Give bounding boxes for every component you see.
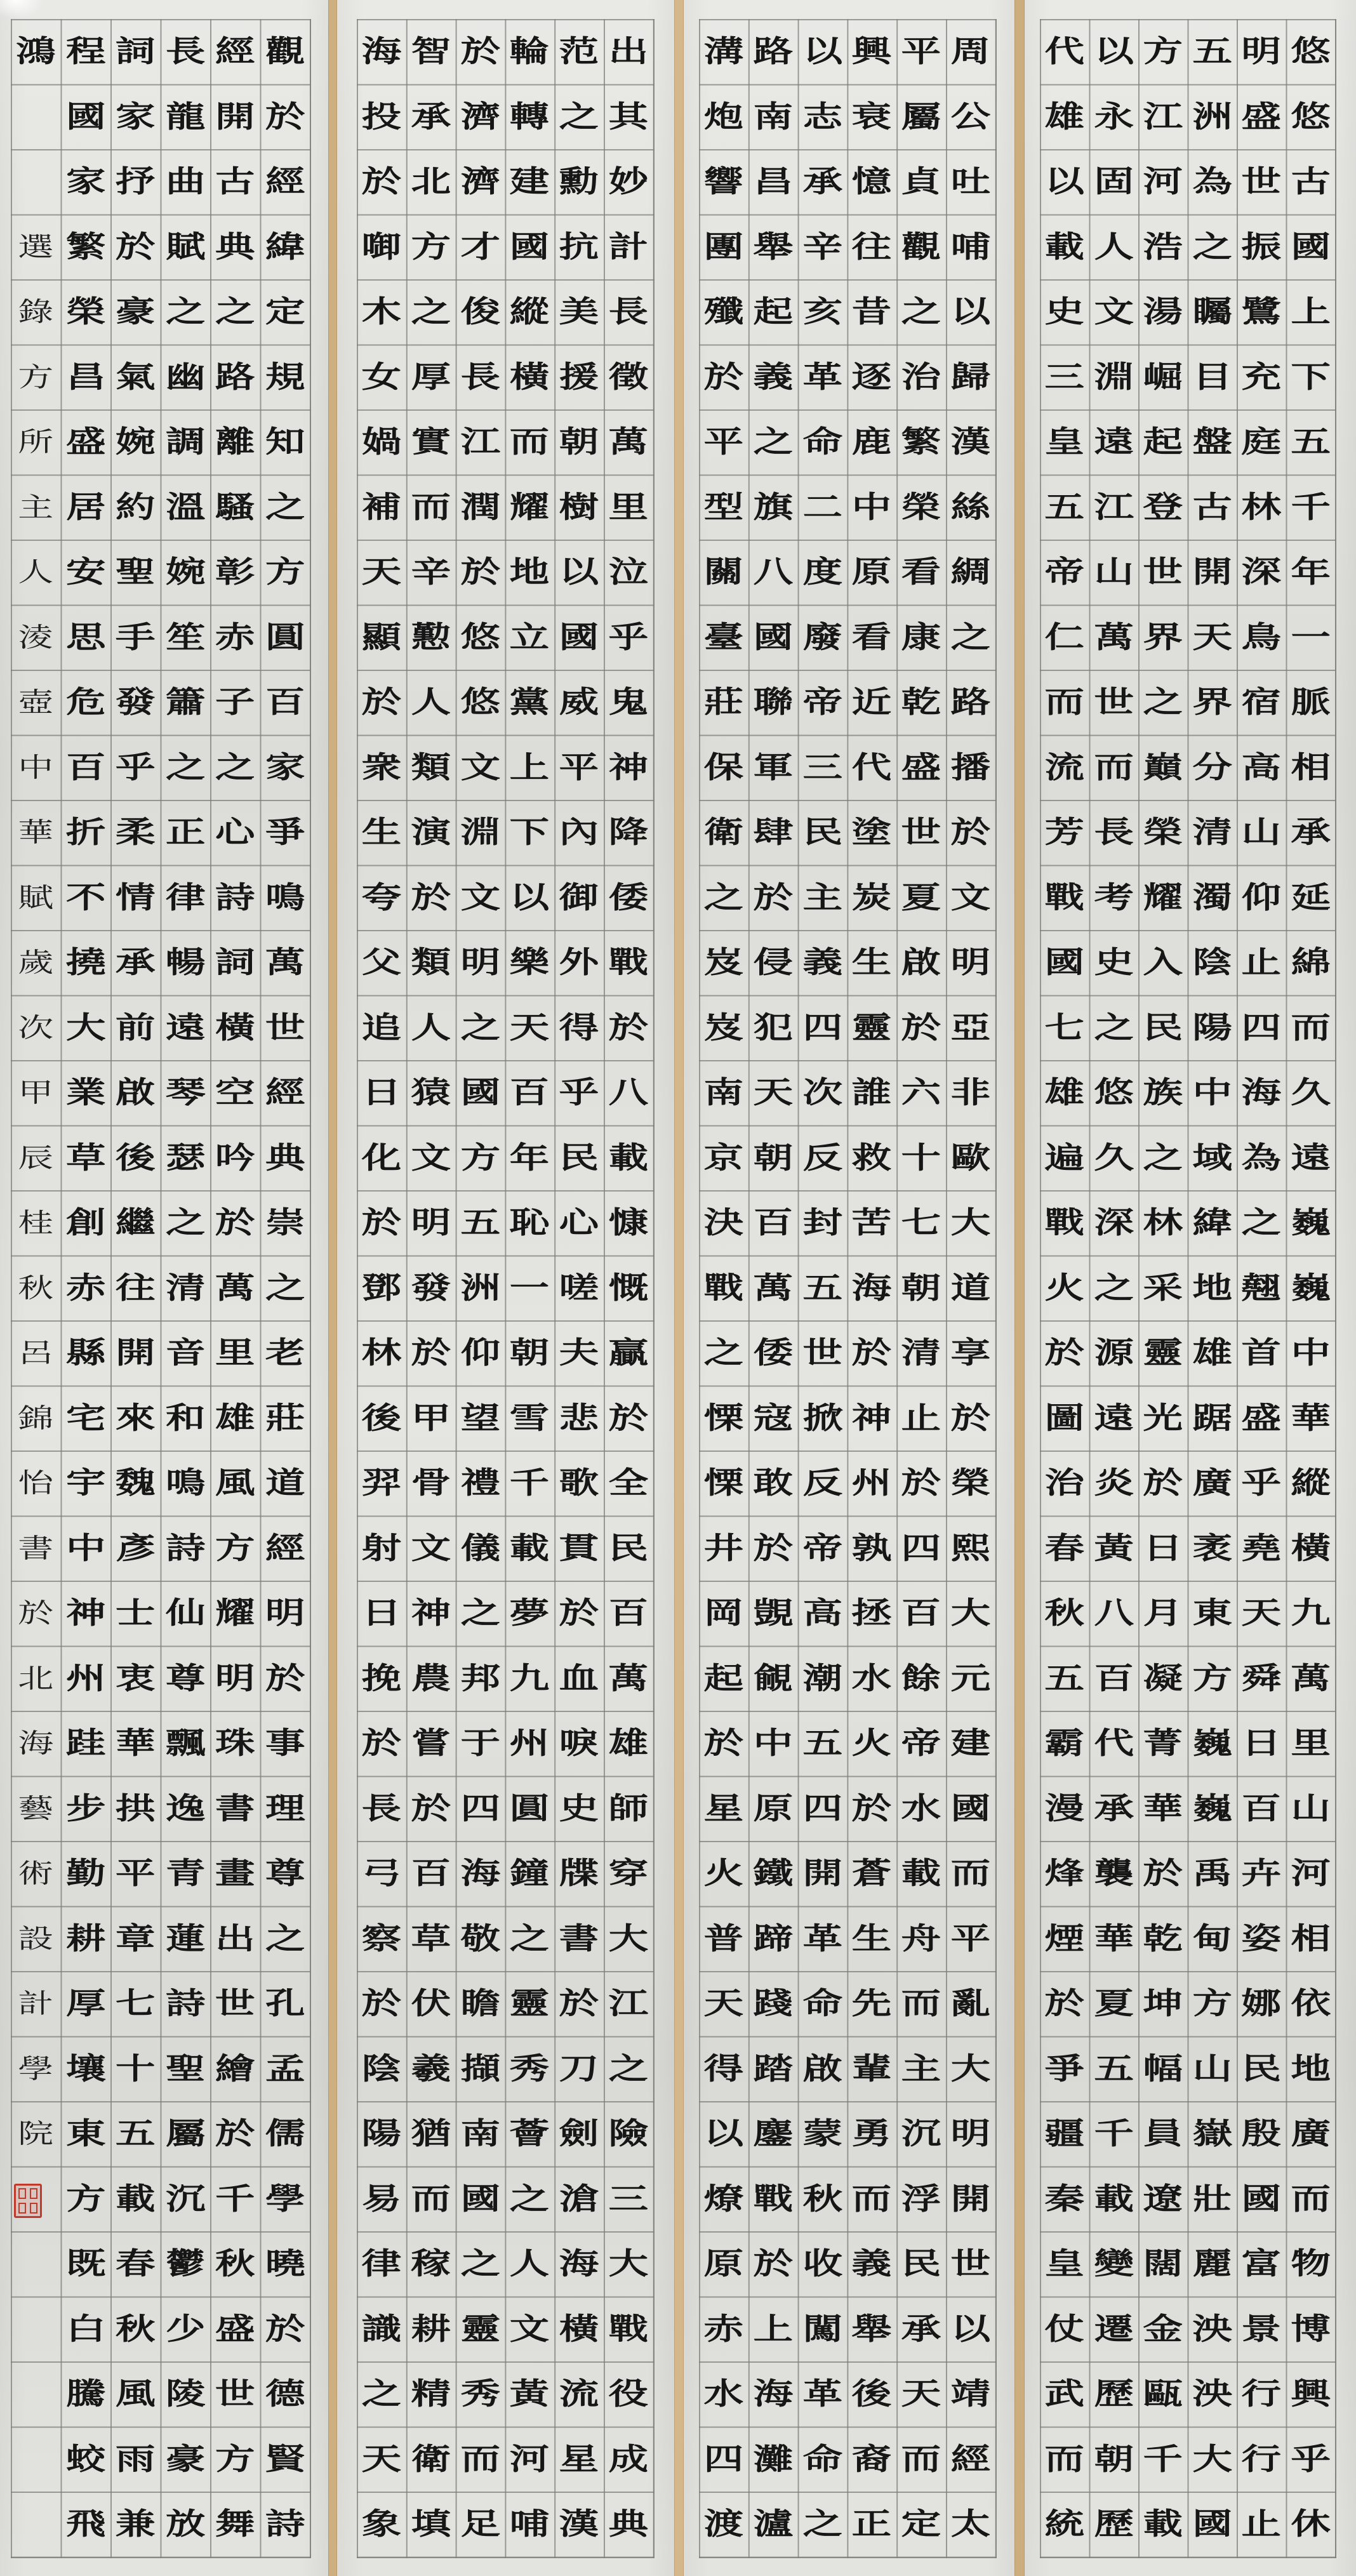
glyph: 史	[552, 1781, 607, 1836]
glyph: 御	[552, 870, 607, 925]
glyph: 美	[552, 284, 607, 339]
glyph: 抗	[552, 220, 607, 274]
glyph: 出	[601, 24, 656, 79]
glyph: 倭	[745, 1325, 801, 1380]
glyph: 旗	[745, 480, 801, 534]
glyph: 啟	[107, 1065, 163, 1120]
glyph: 百	[601, 1586, 656, 1640]
glyph: 高	[1233, 740, 1289, 795]
glyph: 百	[745, 1195, 801, 1250]
glyph: 帝	[795, 675, 850, 729]
glyph: 炎	[1086, 1456, 1141, 1510]
glyph: 保	[696, 740, 751, 795]
glyph: 景	[1233, 2302, 1289, 2356]
glyph: 代	[1086, 1716, 1141, 1770]
glyph: 古	[1283, 154, 1338, 209]
glyph: 國	[943, 1781, 998, 1836]
glyph: 為	[1185, 154, 1240, 209]
glyph: 義	[795, 935, 850, 990]
glyph: 洲	[453, 1261, 508, 1315]
text-column: 以志承辛亥革命二度廢帝三民主義四次反封五世掀反帝高潮五四開革命啟蒙秋收闖革命之	[798, 19, 847, 2557]
glyph: 充	[1233, 350, 1289, 404]
glyph: 起	[1135, 415, 1190, 469]
glyph: 盛	[58, 415, 114, 469]
glyph: 建	[943, 1716, 998, 1770]
glyph: 深	[1086, 1195, 1141, 1250]
glyph: 九	[502, 1651, 557, 1706]
glyph: 公	[943, 90, 998, 144]
glyph: 久	[1086, 1131, 1141, 1185]
glyph: 青	[157, 1846, 213, 1901]
glyph: 淩	[8, 610, 63, 665]
glyph: 之	[1185, 220, 1240, 274]
glyph: 秋	[107, 2302, 163, 2356]
glyph: 軍	[745, 740, 801, 795]
glyph: 為	[1233, 1131, 1289, 1185]
glyph: 命	[795, 415, 850, 469]
glyph: 精	[403, 2367, 458, 2421]
glyph: 浮	[894, 2172, 949, 2226]
glyph: 賦	[8, 870, 63, 925]
glyph: 泱	[1185, 2367, 1240, 2421]
glyph: 聯	[745, 675, 801, 729]
glyph: 縣	[58, 1325, 114, 1380]
glyph: 入	[1135, 935, 1190, 990]
glyph: 望	[453, 1391, 508, 1445]
glyph: 以	[552, 545, 607, 599]
glyph: 心	[552, 1195, 607, 1250]
glyph: 河	[1135, 154, 1190, 209]
glyph: 北	[8, 1651, 63, 1706]
glyph: 詩	[257, 2497, 313, 2551]
glyph: 盛	[207, 2302, 263, 2356]
glyph: 飄	[157, 1716, 213, 1770]
glyph: 歷	[1086, 2367, 1141, 2421]
glyph: 鴻	[8, 24, 63, 79]
glyph: 唳	[552, 1716, 607, 1770]
glyph: 人	[403, 675, 458, 729]
glyph: 於	[552, 1586, 607, 1640]
text-column: 明盛世振鷺充庭林深鳥宿高山仰止四海為之翹首盛乎堯天舜日百卉姿娜民殷國富景行行止	[1237, 19, 1286, 2557]
glyph: 淵	[453, 805, 508, 860]
glyph: 水	[696, 2367, 751, 2421]
glyph: 之	[502, 1911, 557, 1966]
glyph: 之	[157, 740, 213, 795]
glyph: 勇	[844, 2106, 900, 2161]
glyph: 路	[943, 675, 998, 729]
glyph: 原	[844, 545, 900, 599]
glyph: 姿	[1233, 1911, 1289, 1966]
glyph: 於	[552, 1976, 607, 2031]
glyph: 橫	[1283, 1521, 1338, 1576]
text-column: 程國家繁榮昌盛居安思危百折不撓大業草創赤縣宅宇中神州跬步勤耕厚壤東方既白騰蛟飛	[61, 19, 111, 2557]
glyph: 靈	[502, 1976, 557, 2031]
glyph: 屬	[157, 2106, 213, 2161]
glyph: 夸	[354, 870, 409, 925]
glyph: 四	[894, 1521, 949, 1576]
glyph: 國	[1283, 220, 1338, 274]
glyph: 前	[107, 1000, 163, 1055]
glyph: 燎	[696, 2172, 751, 2226]
glyph: 海	[8, 1716, 63, 1770]
glyph: 命	[795, 2432, 850, 2486]
glyph: 蹄	[745, 1911, 801, 1966]
glyph: 慷	[601, 1195, 656, 1250]
glyph: 朝	[894, 1261, 949, 1315]
glyph: 辛	[795, 220, 850, 274]
text-column: 海投於啣木女媧補天顯於衆生夸父追日化於鄧林後羿射日挽於長弓察於陰陽易律識之天象	[357, 19, 406, 2557]
glyph: 鳴	[257, 870, 313, 925]
glyph: 地	[1185, 1261, 1240, 1315]
glyph: 濁	[1185, 870, 1240, 925]
text-column: 輪轉建國縱橫而耀地立黨上下以樂天百年恥一朝雪千載夢九州圓鐘之靈秀薈之人文黃河哺	[505, 19, 554, 2557]
glyph: 古	[1185, 480, 1240, 534]
glyph: 家	[107, 90, 163, 144]
glyph: 富	[1233, 2236, 1289, 2291]
glyph: 役	[601, 2367, 656, 2421]
glyph: 方	[257, 545, 313, 599]
glyph: 方	[58, 2172, 114, 2226]
glyph: 承	[107, 935, 163, 990]
glyph: 上	[745, 2302, 801, 2356]
glyph: 秀	[453, 2367, 508, 2421]
glyph: 厚	[403, 350, 458, 404]
glyph: 世	[1233, 154, 1289, 209]
glyph: 開	[795, 1846, 850, 1901]
glyph: 世	[1086, 675, 1141, 729]
glyph: 律	[157, 870, 213, 925]
glyph: 補	[354, 480, 409, 534]
glyph: 清	[1185, 805, 1240, 860]
glyph: 知	[257, 415, 313, 469]
glyph: 遠	[1086, 1391, 1141, 1445]
glyph: 巍	[1283, 1261, 1338, 1315]
glyph: 次	[795, 1065, 850, 1120]
glyph: 八	[601, 1065, 656, 1120]
glyph: 耀	[502, 480, 557, 534]
glyph: 章	[107, 1911, 163, 1966]
glyph: 之	[207, 740, 263, 795]
glyph: 火	[696, 1846, 751, 1901]
glyph: 載	[1086, 2172, 1141, 2226]
glyph: 於	[354, 1716, 409, 1770]
glyph: 開	[943, 2172, 998, 2226]
glyph: 周	[943, 24, 998, 79]
glyph: 識	[354, 2302, 409, 2356]
glyph: 北	[403, 154, 458, 209]
glyph: 道	[257, 1456, 313, 1510]
glyph: 仙	[157, 1586, 213, 1640]
glyph: 文	[453, 870, 508, 925]
glyph: 日	[1135, 1521, 1190, 1576]
glyph: 踞	[1185, 1391, 1240, 1445]
glyph: 之	[403, 284, 458, 339]
text-column: 路南昌舉起義之旗八國聯軍肆於侵犯天朝百萬倭寇敢於覬覦中原鐵蹄踐踏鏖戰於上海灘瀘	[748, 19, 798, 2557]
glyph: 幽	[157, 350, 213, 404]
glyph: 甌	[1135, 2367, 1190, 2421]
scroll-panel-4: 觀於經緯定規知之方圓百家爭鳴萬世經典崇之老莊道經明於事理尊之孔孟儒學曉於德賢詩 …	[0, 0, 328, 2576]
glyph: 春	[107, 2236, 163, 2291]
glyph: 之	[795, 2497, 850, 2551]
glyph: 農	[403, 1651, 458, 1706]
glyph: 遠	[1283, 1131, 1338, 1185]
glyph: 鏖	[745, 2106, 801, 2161]
glyph: 采	[1135, 1261, 1190, 1315]
glyph: 蒙	[795, 2106, 850, 2161]
glyph: 手	[107, 610, 163, 665]
glyph: 行	[1233, 2432, 1289, 2486]
glyph: 盛	[894, 740, 949, 795]
glyph: 淵	[1086, 350, 1141, 404]
glyph: 平	[552, 740, 607, 795]
glyph: 庭	[1233, 415, 1289, 469]
glyph: 星	[552, 2432, 607, 2486]
glyph: 衛	[696, 805, 751, 860]
glyph: 危	[58, 675, 114, 729]
glyph: 上	[502, 740, 557, 795]
glyph: 四	[795, 1781, 850, 1836]
glyph: 於	[403, 870, 458, 925]
glyph: 里	[601, 480, 656, 534]
glyph: 明	[403, 1195, 458, 1250]
glyph: 劍	[552, 2106, 607, 2161]
glyph: 象	[354, 2497, 409, 2551]
glyph: 豪	[157, 2432, 213, 2486]
glyph: 百	[894, 1586, 949, 1640]
glyph: 禹	[1185, 1846, 1240, 1901]
glyph: 江	[601, 1976, 656, 2031]
glyph: 民	[894, 2236, 949, 2291]
glyph: 靈	[1135, 1325, 1190, 1380]
glyph: 平	[943, 1911, 998, 1966]
glyph: 慄	[696, 1391, 751, 1445]
glyph: 菁	[1135, 1716, 1190, 1770]
glyph: 響	[696, 154, 751, 209]
glyph: 九	[1283, 1586, 1338, 1640]
character-grid: 周公吐哺以歸漢絲綢之路播於文明亞非歐大道享於榮熙大元建國而平亂大明開世以靖經太 …	[699, 19, 997, 2558]
glyph: 闊	[1135, 2236, 1190, 2291]
glyph: 百	[58, 740, 114, 795]
glyph: 長	[1086, 805, 1141, 860]
glyph: 中	[1283, 1325, 1338, 1380]
glyph: 山	[1283, 1781, 1338, 1836]
glyph: 爭	[1037, 2042, 1092, 2096]
glyph: 亞	[943, 1000, 998, 1055]
glyph: 書	[8, 1521, 63, 1576]
glyph: 蛟	[58, 2432, 114, 2486]
glyph: 婉	[107, 415, 163, 469]
glyph: 悠	[453, 675, 508, 729]
glyph: 離	[207, 415, 263, 469]
glyph: 於	[453, 24, 508, 79]
glyph: 尊	[157, 1651, 213, 1706]
glyph: 於	[354, 154, 409, 209]
glyph: 堯	[1233, 1521, 1289, 1576]
glyph: 遠	[157, 1000, 213, 1055]
glyph: 怡	[8, 1456, 63, 1510]
glyph: 盤	[1185, 415, 1240, 469]
glyph: 之	[1135, 1131, 1190, 1185]
glyph: 萬	[745, 1261, 801, 1315]
glyph: 世	[207, 2367, 263, 2421]
text-column: 於濟濟才俊長江潤於悠悠文淵文明之國方五洲仰望禮儀之邦于四海敬瞻擷南國之靈秀而足	[456, 19, 505, 2557]
glyph: 陰	[354, 2042, 409, 2096]
glyph: 邦	[453, 1651, 508, 1706]
glyph: 人	[502, 2236, 557, 2291]
glyph: 遷	[1086, 2302, 1141, 2356]
glyph: 中	[745, 1716, 801, 1770]
glyph: 星	[696, 1781, 751, 1836]
glyph: 首	[1233, 1325, 1289, 1380]
glyph: 五	[795, 1261, 850, 1315]
glyph: 甲	[8, 1065, 63, 1120]
glyph: 生	[354, 805, 409, 860]
glyph: 父	[354, 935, 409, 990]
glyph: 載	[107, 2172, 163, 2226]
glyph: 戰	[745, 2172, 801, 2226]
glyph: 救	[844, 1131, 900, 1185]
glyph: 靖	[943, 2367, 998, 2421]
glyph: 鷺	[1233, 284, 1289, 339]
glyph: 代	[844, 740, 900, 795]
glyph: 全	[601, 1456, 656, 1510]
glyph: 脈	[1283, 675, 1338, 729]
glyph: 方	[403, 220, 458, 274]
glyph: 承	[795, 154, 850, 209]
glyph: 雨	[107, 2432, 163, 2486]
glyph: 臺	[696, 610, 751, 665]
glyph: 擷	[453, 2042, 508, 2096]
glyph: 八	[1086, 1586, 1141, 1640]
glyph: 十	[894, 1131, 949, 1185]
glyph: 之	[207, 284, 263, 339]
glyph: 孰	[844, 1521, 900, 1576]
glyph: 廣	[1283, 2106, 1338, 2161]
glyph: 後	[844, 2367, 900, 2421]
text-column: 以永固人文淵遠江山萬世而長考史之悠久深之源遠炎黃八百代承襲華夏五千載變遷歷朝歷	[1089, 19, 1139, 2557]
glyph: 贏	[601, 1325, 656, 1380]
glyph: 慄	[696, 1456, 751, 1510]
glyph: 江	[1086, 480, 1141, 534]
glyph: 播	[943, 740, 998, 795]
glyph: 承	[1283, 805, 1338, 860]
glyph: 誰	[844, 1065, 900, 1120]
glyph: 雪	[502, 1391, 557, 1445]
glyph: 神	[844, 1391, 900, 1445]
glyph: 氣	[107, 350, 163, 404]
glyph: 仗	[1037, 2302, 1092, 2356]
glyph: 犯	[745, 1000, 801, 1055]
text-column: 五洲為之矚目盤古開天界分清濁陰陽中域緯地雄踞廣袤東方巍巍禹甸方山嶽壯麗泱泱大國	[1188, 19, 1237, 2557]
glyph: 撓	[58, 935, 114, 990]
glyph: 盛	[1233, 90, 1289, 144]
glyph: 之	[894, 284, 949, 339]
glyph: 州	[844, 1456, 900, 1510]
glyph: 雄	[1037, 1065, 1092, 1120]
glyph: 中	[58, 1521, 114, 1576]
glyph: 疆	[1037, 2106, 1092, 2161]
glyph: 勤	[58, 1846, 114, 1901]
glyph: 巔	[1135, 740, 1190, 795]
glyph: 大	[1185, 2432, 1240, 2486]
glyph: 不	[58, 870, 114, 925]
glyph: 族	[1135, 1065, 1190, 1120]
glyph: 金	[1135, 2302, 1190, 2356]
glyph: 日	[1233, 1716, 1289, 1770]
glyph: 靈	[453, 2302, 508, 2356]
glyph: 理	[257, 1781, 313, 1836]
glyph: 于	[453, 1716, 508, 1770]
glyph: 明	[943, 935, 998, 990]
glyph: 於	[1037, 1976, 1092, 2031]
glyph: 吟	[207, 1131, 263, 1185]
glyph: 道	[943, 1261, 998, 1315]
glyph: 火	[844, 1716, 900, 1770]
glyph: 考	[1086, 870, 1141, 925]
glyph: 百	[1086, 1651, 1141, 1706]
glyph: 林	[1233, 480, 1289, 534]
glyph: 之	[157, 1195, 213, 1250]
glyph: 既	[58, 2236, 114, 2291]
glyph: 五	[1185, 24, 1240, 79]
glyph: 大	[601, 2236, 656, 2291]
glyph: 笙	[157, 610, 213, 665]
glyph: 嗟	[552, 1261, 607, 1315]
glyph: 飛	[58, 2497, 114, 2551]
glyph: 莊	[257, 1391, 313, 1445]
glyph: 岡	[696, 1586, 751, 1640]
glyph: 覦	[745, 1651, 801, 1706]
glyph: 觀	[257, 24, 313, 79]
glyph: 敬	[453, 1911, 508, 1966]
glyph: 潮	[795, 1651, 850, 1706]
glyph: 觀	[894, 220, 949, 274]
glyph: 於	[354, 675, 409, 729]
glyph: 州	[502, 1716, 557, 1770]
glyph: 鐵	[745, 1846, 801, 1901]
glyph: 靈	[844, 1000, 900, 1055]
glyph: 榮	[943, 1456, 998, 1510]
glyph: 袤	[1185, 1521, 1240, 1576]
glyph: 嶽	[1185, 2106, 1240, 2161]
glyph: 清	[894, 1325, 949, 1380]
glyph: 麗	[1185, 2236, 1240, 2291]
glyph: 內	[552, 805, 607, 860]
glyph: 四	[696, 2432, 751, 2486]
glyph: 人	[1086, 220, 1141, 274]
glyph: 而	[403, 480, 458, 534]
glyph: 於	[354, 1976, 409, 2031]
glyph: 追	[354, 1000, 409, 1055]
glyph: 於	[257, 1651, 313, 1706]
glyph: 四	[795, 1000, 850, 1055]
text-column: 智承北方之厚實而辛懃人類演於類人猿文明發於甲骨文神農嘗於百草伏羲猶而稼耕精衛填	[406, 19, 456, 2557]
glyph: 橫	[552, 2302, 607, 2356]
glyph: 代	[1037, 24, 1092, 79]
glyph: 血	[552, 1651, 607, 1706]
glyph: 歌	[552, 1456, 607, 1510]
glyph: 天	[354, 2432, 409, 2486]
glyph: 五	[453, 1195, 508, 1250]
glyph: 七	[107, 1976, 163, 2031]
glyph: 先	[844, 1976, 900, 2031]
glyph: 夏	[894, 870, 949, 925]
glyph: 遍	[1037, 1131, 1092, 1185]
glyph: 百	[502, 1065, 557, 1120]
glyph: 戰	[601, 2302, 656, 2356]
glyph: 圖	[1037, 1391, 1092, 1445]
glyph: 方	[207, 1521, 263, 1576]
